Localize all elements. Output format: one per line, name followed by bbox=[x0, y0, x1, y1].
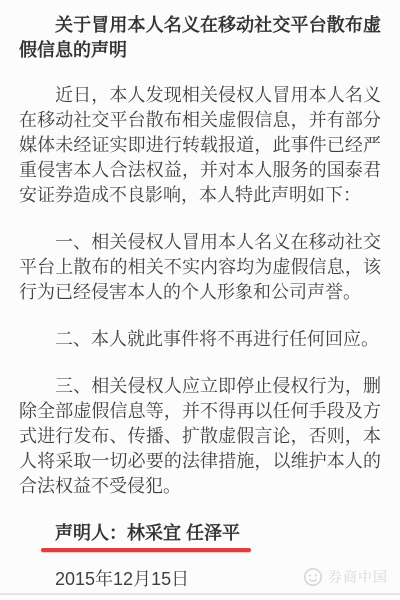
document-title: 关于冒用本人名义在移动社交平台散布虚假信息的声明 bbox=[19, 13, 381, 63]
paragraph-item-3: 三、相关侵权人应立即停止侵权行为，删除全部虚假信息等，并不得再以任何手段及方式进… bbox=[19, 374, 381, 499]
watermark-label: 券商中国 bbox=[328, 567, 388, 587]
paragraph-item-2: 二、本人就此事件将不再进行任何回应。 bbox=[19, 327, 381, 352]
paragraph-intro: 近日，本人发现相关侵权人冒用本人名义在移动社交平台散布相关虚假信息，并有部分媒体… bbox=[19, 83, 381, 208]
paragraph-item-1: 一、相关侵权人冒用本人名义在移动社交平台上散布的相关不实内容均为虚假信息，该行为… bbox=[19, 230, 381, 305]
signature-red-underline bbox=[41, 548, 251, 552]
watermark: 券商中国 bbox=[303, 567, 388, 587]
brokerage-china-logo-icon bbox=[303, 567, 323, 587]
bottom-divider bbox=[0, 593, 400, 595]
statement-document: 关于冒用本人名义在移动社交平台散布虚假信息的声明 近日，本人发现相关侵权人冒用本… bbox=[0, 0, 400, 600]
signature-line: 声明人：林采宜 任泽平 bbox=[19, 521, 381, 546]
